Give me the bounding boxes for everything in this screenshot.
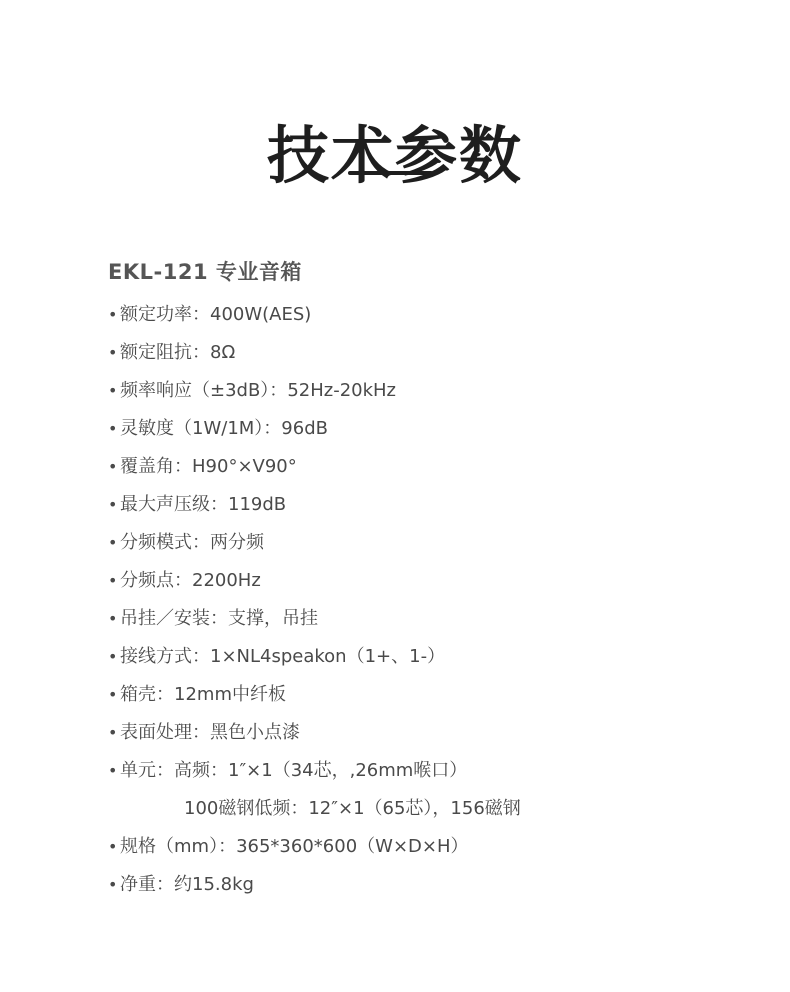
spec-label: 分频模式： [120, 532, 210, 553]
spec-value: H90°×V90° [192, 456, 297, 477]
spec-label: 覆盖角： [120, 456, 192, 477]
spec-value: 高频：1″×1（34芯，,26mm喉口） [174, 760, 467, 781]
spec-item-dimensions: •规格（mm）：365*360*600（W×D×H） [108, 828, 748, 866]
spec-label: 灵敏度（1W/1M）： [120, 418, 281, 439]
spec-item-crossover-point: •分频点：2200Hz [108, 562, 748, 600]
bullet-icon: • [108, 866, 120, 904]
spec-label: 箱壳： [120, 684, 174, 705]
bullet-icon: • [108, 600, 120, 638]
spec-value: 12mm中纤板 [174, 684, 286, 705]
spec-label: 分频点： [120, 570, 192, 591]
bullet-icon: • [108, 448, 120, 486]
spec-item-mounting: •吊挂／安装：支撑，吊挂 [108, 600, 748, 638]
bullet-icon: • [108, 296, 120, 334]
spec-value: 400W(AES) [210, 304, 311, 325]
spec-item-net-weight: •净重：约15.8kg [108, 866, 748, 904]
spec-item-connector: •接线方式：1×NL4speakon（1+、1-） [108, 638, 748, 676]
spec-label: 单元： [120, 760, 174, 781]
spec-label: 最大声压级： [120, 494, 228, 515]
spec-value: 黑色小点漆 [210, 722, 300, 743]
spec-value: 支撑，吊挂 [228, 608, 318, 629]
spec-value: 365*360*600（W×D×H） [236, 836, 468, 857]
spec-item-enclosure: •箱壳：12mm中纤板 [108, 676, 748, 714]
spec-item-drivers: •单元：高频：1″×1（34芯，,26mm喉口） [108, 752, 748, 790]
bullet-icon: • [108, 638, 120, 676]
bullet-icon: • [108, 828, 120, 866]
spec-list: •额定功率：400W(AES) •额定阻抗：8Ω •频率响应（±3dB）：52H… [108, 296, 748, 904]
bullet-icon: • [108, 714, 120, 752]
spec-label: 规格（mm）： [120, 836, 236, 857]
spec-item-max-spl: •最大声压级：119dB [108, 486, 748, 524]
spec-item-drivers-continuation: 100磁钢低频：12″×1（65芯），156磁钢 [108, 790, 748, 828]
spec-value: 1×NL4speakon（1+、1-） [210, 646, 445, 667]
spec-value: 96dB [281, 418, 328, 439]
spec-value: 2200Hz [192, 570, 261, 591]
spec-value: 119dB [228, 494, 286, 515]
spec-value: 52Hz-20kHz [287, 380, 396, 401]
spec-value: 100磁钢低频：12″×1（65芯），156磁钢 [184, 798, 521, 819]
spec-label: 吊挂／安装： [120, 608, 228, 629]
bullet-icon: • [108, 562, 120, 600]
page-title: 技术参数 [0, 118, 790, 194]
spec-label: 净重： [120, 874, 174, 895]
bullet-icon: • [108, 676, 120, 714]
spec-item-coverage-angle: •覆盖角：H90°×V90° [108, 448, 748, 486]
spec-item-rated-power: •额定功率：400W(AES) [108, 296, 748, 334]
spec-value: 约15.8kg [174, 874, 254, 895]
spec-item-impedance: •额定阻抗：8Ω [108, 334, 748, 372]
spec-value: 8Ω [210, 342, 235, 363]
spec-item-frequency-response: •频率响应（±3dB）：52Hz-20kHz [108, 372, 748, 410]
bullet-icon: • [108, 524, 120, 562]
product-name: EKL-121 专业音箱 [108, 256, 748, 288]
spec-item-crossover-mode: •分频模式：两分频 [108, 524, 748, 562]
spec-value: 两分频 [210, 532, 264, 553]
spec-item-finish: •表面处理：黑色小点漆 [108, 714, 748, 752]
spec-label: 表面处理： [120, 722, 210, 743]
bullet-icon: • [108, 372, 120, 410]
bullet-icon: • [108, 334, 120, 372]
bullet-icon: • [108, 486, 120, 524]
spec-label: 频率响应（±3dB）： [120, 380, 287, 401]
spec-label: 额定功率： [120, 304, 210, 325]
bullet-icon: • [108, 752, 120, 790]
bullet-icon: • [108, 410, 120, 448]
title-underline-divider [348, 171, 433, 175]
spec-item-sensitivity: •灵敏度（1W/1M）：96dB [108, 410, 748, 448]
spec-label: 接线方式： [120, 646, 210, 667]
spec-label: 额定阻抗： [120, 342, 210, 363]
spec-section: EKL-121 专业音箱 •额定功率：400W(AES) •额定阻抗：8Ω •频… [108, 256, 748, 904]
